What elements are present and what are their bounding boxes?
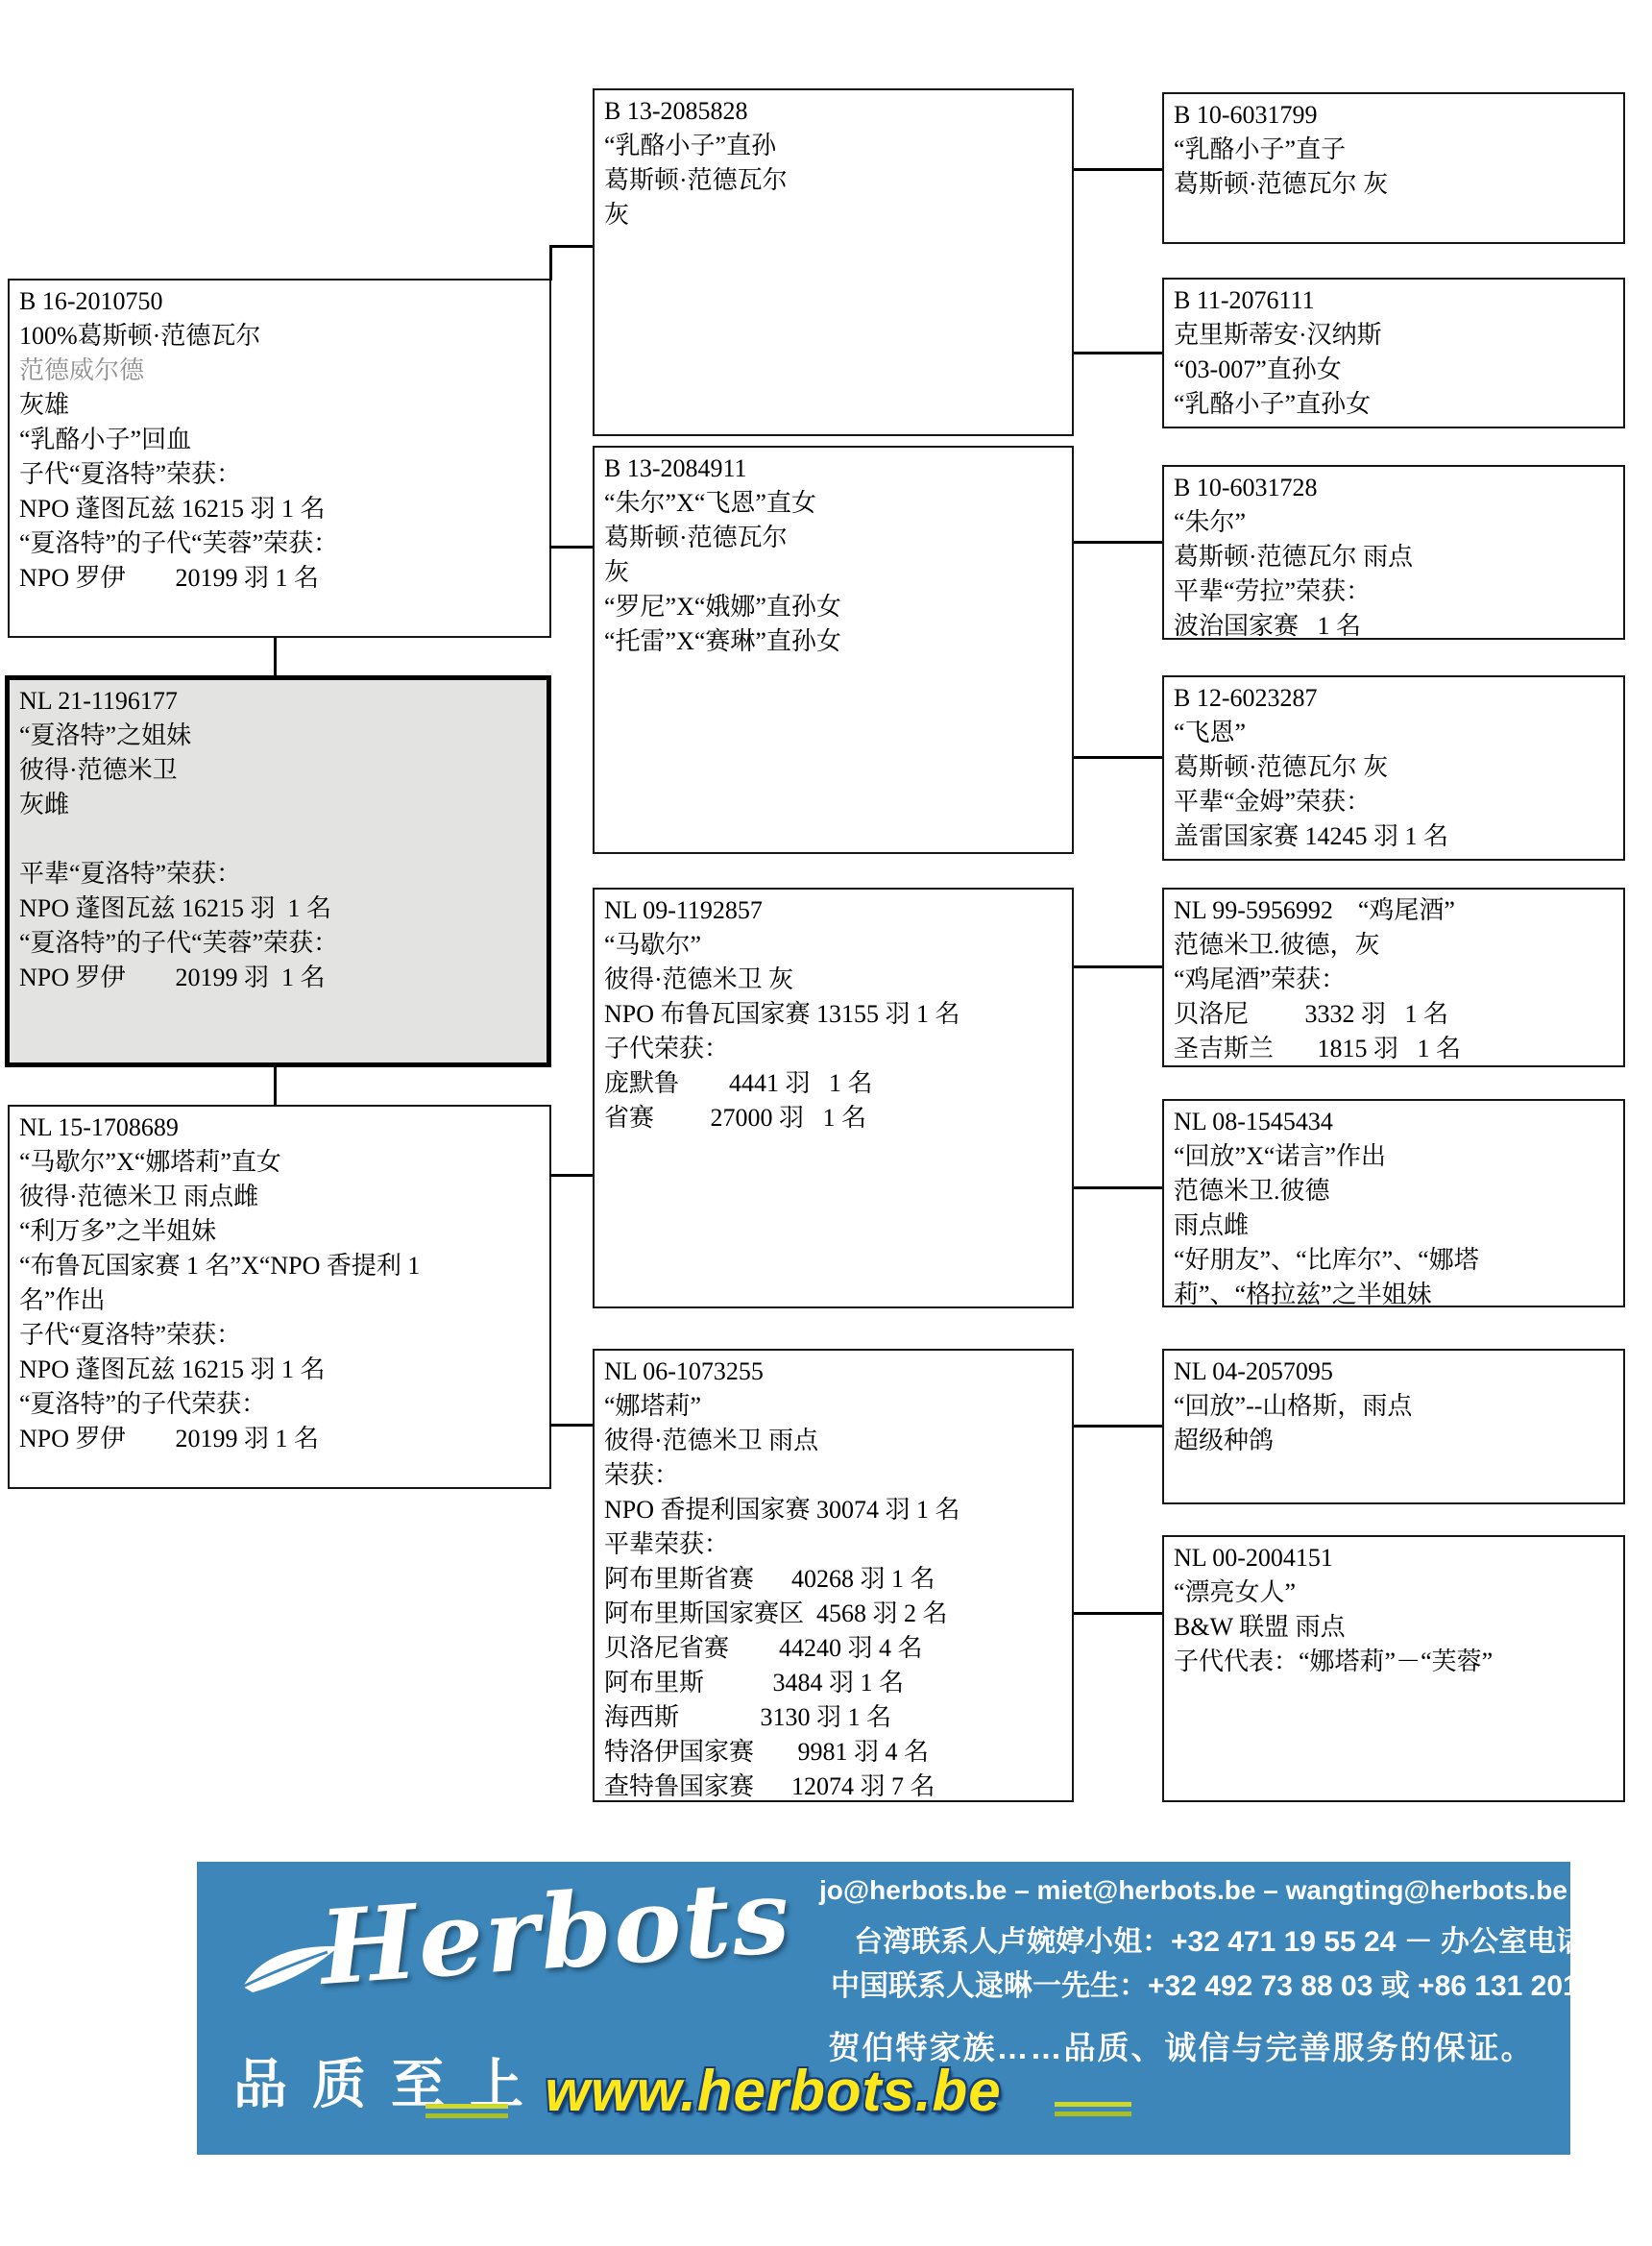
pedigree-line: “布鲁瓦国家赛 1 名”X“NPO 香提利 1 xyxy=(19,1249,544,1283)
pedigree-line: NPO 香提利国家赛 30074 羽 1 名 xyxy=(604,1493,1066,1527)
pedigree-line: 莉”、“格拉兹”之半姐妹 xyxy=(1174,1278,1617,1307)
pedigree-line: 子代荣获： xyxy=(604,1032,1066,1066)
pedigree-line: 子代代表：“娜塔莉”－“芙蓉” xyxy=(1174,1645,1617,1679)
pedigree-line: 省赛 27000 羽 1 名 xyxy=(604,1101,1066,1135)
pedigree-line: 圣吉斯兰 1815 羽 1 名 xyxy=(1174,1032,1617,1066)
pedigree-line: 子代“夏洛特”荣获： xyxy=(19,457,544,492)
connector-line xyxy=(1074,756,1162,759)
pedigree-line: “托雷”X“赛琳”直孙女 xyxy=(604,624,1066,659)
pedigree-box-sire-dam: B 13-2084911“朱尔”X“飞恩”直女葛斯顿·范德瓦尔灰“罗尼”X“娥娜… xyxy=(593,446,1074,854)
pedigree-line: “漂亮女人” xyxy=(1174,1575,1617,1610)
pedigree-line: B 11-2076111 xyxy=(1174,283,1617,318)
pedigree-page: B 16-2010750100%葛斯顿·范德瓦尔范德威尔德灰雄“乳酪小子”回血子… xyxy=(0,0,1652,2246)
pedigree-line: 100%葛斯顿·范德瓦尔 xyxy=(19,319,544,354)
pedigree-line: “好朋友”、“比库尔”、“娜塔 xyxy=(1174,1243,1617,1278)
pedigree-box-g3-3: B 10-6031728“朱尔”葛斯顿·范德瓦尔 雨点平辈“劳拉”荣获：波治国家… xyxy=(1162,465,1625,640)
pedigree-line: “娜塔莉” xyxy=(604,1389,1066,1424)
connector-line xyxy=(549,1424,593,1427)
connector-line xyxy=(1074,168,1162,171)
connector-line xyxy=(549,1174,593,1177)
banner-url: www.herbots.be xyxy=(533,2058,1013,2124)
banner-contact-china: 中国联系人逯晽一先生：+32 492 73 88 03 或 +86 131 20… xyxy=(831,1962,1522,2004)
pedigree-line: “乳酪小子”直孙 xyxy=(604,129,1066,163)
pedigree-line: “夏洛特”之姐妹 xyxy=(19,719,541,753)
pedigree-line: 阿布里斯 3484 羽 1 名 xyxy=(604,1666,1066,1700)
pedigree-line: B 13-2084911 xyxy=(604,452,1066,486)
pedigree-line: 平辈荣获： xyxy=(604,1527,1066,1562)
pedigree-line: 贝洛尼 3332 羽 1 名 xyxy=(1174,997,1617,1032)
connector-line xyxy=(549,546,593,549)
banner-contact-taiwan: 台湾联系人卢婉婷小姐：+32 471 19 55 24 － 办公室电话：+32 … xyxy=(854,1917,1565,1960)
pedigree-line: 庞默鲁 4441 羽 1 名 xyxy=(604,1066,1066,1101)
pedigree-line: 灰雄 xyxy=(19,388,544,423)
pedigree-line: 贝洛尼省赛 44240 羽 4 名 xyxy=(604,1631,1066,1666)
pedigree-line: 葛斯顿·范德瓦尔 xyxy=(604,521,1066,555)
pedigree-line: “回放”X“诺言”作出 xyxy=(1174,1139,1617,1174)
pedigree-line: NL 08-1545434 xyxy=(1174,1105,1617,1139)
pedigree-line: “夏洛特”的子代“芙蓉”荣获： xyxy=(19,926,541,961)
pedigree-line: 平辈“夏洛特”荣获： xyxy=(19,857,541,891)
pedigree-line: “夏洛特”的子代“芙蓉”荣获： xyxy=(19,526,544,561)
pedigree-box-g3-8: NL 00-2004151“漂亮女人”B&W 联盟 雨点子代代表：“娜塔莉”－“… xyxy=(1162,1535,1625,1802)
pedigree-line: NPO 蓬图瓦兹 16215 羽 1 名 xyxy=(19,891,541,926)
pedigree-line: 名”作出 xyxy=(19,1283,544,1318)
pedigree-line: NL 99-5956992 “鸡尾酒” xyxy=(1174,893,1617,928)
pedigree-line: 荣获： xyxy=(604,1458,1066,1493)
pedigree-line: 平辈“金姆”荣获： xyxy=(1174,785,1617,819)
pedigree-line: “乳酪小子”直孙女 xyxy=(1174,387,1617,422)
pedigree-line: 平辈“劳拉”荣获： xyxy=(1174,574,1617,609)
decorative-line-left xyxy=(425,2104,508,2118)
pedigree-line: 彼得·范德米卫 雨点 xyxy=(604,1424,1066,1458)
pedigree-line: “夏洛特”的子代荣获： xyxy=(19,1387,544,1422)
pedigree-line: 特洛伊国家赛 9981 羽 4 名 xyxy=(604,1735,1066,1770)
pedigree-line: 葛斯顿·范德瓦尔 雨点 xyxy=(1174,540,1617,574)
pedigree-line: 波治国家赛 1 名 xyxy=(1174,609,1617,640)
pedigree-line: 阿布里斯国家赛区 4568 羽 2 名 xyxy=(604,1597,1066,1631)
pedigree-line: 查特鲁国家赛 12074 羽 7 名 xyxy=(604,1770,1066,1802)
connector-line xyxy=(1074,1425,1162,1428)
pedigree-line: 灰 xyxy=(604,198,1066,232)
pedigree-box-g3-1: B 10-6031799“乳酪小子”直子葛斯顿·范德瓦尔 灰 xyxy=(1162,92,1625,244)
pedigree-box-sire: B 16-2010750100%葛斯顿·范德瓦尔范德威尔德灰雄“乳酪小子”回血子… xyxy=(8,279,551,638)
connector-line xyxy=(1074,1186,1162,1189)
connector-line xyxy=(549,245,593,248)
connector-line xyxy=(274,1067,277,1105)
pedigree-box-g3-7: NL 04-2057095“回放”--山格斯，雨点超级种鸽 xyxy=(1162,1349,1625,1504)
pedigree-line: 范德米卫.彼德 xyxy=(1174,1174,1617,1208)
pedigree-line: “乳酪小子”回血 xyxy=(19,423,544,457)
pedigree-box-dam: NL 15-1708689“马歇尔”X“娜塔莉”直女彼得·范德米卫 雨点雌“利万… xyxy=(8,1105,551,1489)
pedigree-line: 葛斯顿·范德瓦尔 xyxy=(604,163,1066,198)
connector-line xyxy=(1074,965,1162,968)
pedigree-line: NL 09-1192857 xyxy=(604,893,1066,928)
pedigree-line: NL 00-2004151 xyxy=(1174,1541,1617,1575)
pedigree-line: B&W 联盟 雨点 xyxy=(1174,1610,1617,1645)
pedigree-box-g3-2: B 11-2076111克里斯蒂安·汉纳斯“03-007”直孙女“乳酪小子”直孙… xyxy=(1162,278,1625,428)
pedigree-line: 灰雌 xyxy=(19,788,541,822)
pedigree-line: “03-007”直孙女 xyxy=(1174,353,1617,387)
pedigree-line: 范德米卫.彼德，灰 xyxy=(1174,928,1617,963)
pedigree-line: 阿布里斯省赛 40268 羽 1 名 xyxy=(604,1562,1066,1597)
pedigree-line: 克里斯蒂安·汉纳斯 xyxy=(1174,318,1617,353)
connector-line xyxy=(549,245,552,281)
pedigree-line: 海西斯 3130 羽 1 名 xyxy=(604,1700,1066,1735)
pedigree-line: “回放”--山格斯，雨点 xyxy=(1174,1389,1617,1424)
pedigree-line: NPO 蓬图瓦兹 16215 羽 1 名 xyxy=(19,492,544,526)
pedigree-line: NL 04-2057095 xyxy=(1174,1355,1617,1389)
pedigree-line: B 13-2085828 xyxy=(604,94,1066,129)
connector-line xyxy=(1074,1612,1162,1615)
pedigree-line: “朱尔”X“飞恩”直女 xyxy=(604,486,1066,521)
pedigree-line: 子代“夏洛特”荣获： xyxy=(19,1318,544,1353)
pedigree-line: NL 06-1073255 xyxy=(604,1355,1066,1389)
connector-line xyxy=(1074,352,1162,354)
pedigree-box-g3-5: NL 99-5956992 “鸡尾酒”范德米卫.彼德，灰“鸡尾酒”荣获：贝洛尼 … xyxy=(1162,888,1625,1067)
pedigree-line: “乳酪小子”直子 xyxy=(1174,133,1617,167)
banner-emails: jo@herbots.be – miet@herbots.be – wangti… xyxy=(819,1875,1568,1906)
pedigree-line: B 16-2010750 xyxy=(19,284,544,319)
pedigree-line: 雨点雌 xyxy=(1174,1208,1617,1243)
pedigree-line: NPO 布鲁瓦国家赛 13155 羽 1 名 xyxy=(604,997,1066,1032)
pedigree-line: “飞恩” xyxy=(1174,716,1617,750)
pedigree-line: B 10-6031799 xyxy=(1174,98,1617,133)
pedigree-box-subject: NL 21-1196177“夏洛特”之姐妹彼得·范德米卫灰雌 平辈“夏洛特”荣获… xyxy=(5,675,551,1067)
pedigree-line: 葛斯顿·范德瓦尔 灰 xyxy=(1174,167,1617,202)
decorative-line-right xyxy=(1055,2102,1131,2116)
connector-line xyxy=(1074,541,1162,544)
pedigree-line: 灰 xyxy=(604,555,1066,590)
pedigree-line: NPO 罗伊 20199 羽 1 名 xyxy=(19,561,544,596)
pedigree-line: NPO 罗伊 20199 羽 1 名 xyxy=(19,961,541,995)
pedigree-box-dam-sire: NL 09-1192857“马歇尔”彼得·范德米卫 灰NPO 布鲁瓦国家赛 13… xyxy=(593,888,1074,1308)
pedigree-line: NPO 罗伊 20199 羽 1 名 xyxy=(19,1422,544,1456)
pedigree-line: “罗尼”X“娥娜”直孙女 xyxy=(604,590,1066,624)
pedigree-line: “马歇尔”X“娜塔莉”直女 xyxy=(19,1145,544,1180)
herbots-banner: Herbots 品质至上 jo@herbots.be – miet@herbot… xyxy=(197,1862,1570,2155)
pedigree-line: NPO 蓬图瓦兹 16215 羽 1 名 xyxy=(19,1353,544,1387)
connector-line xyxy=(274,638,277,675)
pedigree-line: NL 15-1708689 xyxy=(19,1111,544,1145)
pedigree-box-g3-4: B 12-6023287“飞恩”葛斯顿·范德瓦尔 灰平辈“金姆”荣获：盖雷国家赛… xyxy=(1162,675,1625,861)
pedigree-line: “鸡尾酒”荣获： xyxy=(1174,963,1617,997)
pedigree-line: “利万多”之半姐妹 xyxy=(19,1214,544,1249)
pedigree-line: B 10-6031728 xyxy=(1174,471,1617,505)
pedigree-line: “朱尔” xyxy=(1174,505,1617,540)
pedigree-line: 葛斯顿·范德瓦尔 灰 xyxy=(1174,750,1617,785)
pedigree-line: 彼得·范德米卫 灰 xyxy=(604,963,1066,997)
pedigree-line: 范德威尔德 xyxy=(19,354,544,388)
pedigree-line: 彼得·范德米卫 雨点雌 xyxy=(19,1180,544,1214)
pedigree-box-dam-dam: NL 06-1073255“娜塔莉”彼得·范德米卫 雨点荣获：NPO 香提利国家… xyxy=(593,1349,1074,1802)
pedigree-line: 彼得·范德米卫 xyxy=(19,753,541,788)
pedigree-line xyxy=(19,822,541,857)
pedigree-line: 超级种鸽 xyxy=(1174,1424,1617,1458)
pedigree-box-g3-6: NL 08-1545434“回放”X“诺言”作出范德米卫.彼德雨点雌“好朋友”、… xyxy=(1162,1099,1625,1307)
pedigree-line: NL 21-1196177 xyxy=(19,684,541,719)
pedigree-line: 盖雷国家赛 14245 羽 1 名 xyxy=(1174,819,1617,854)
pedigree-line: B 12-6023287 xyxy=(1174,681,1617,716)
herbots-logo: Herbots xyxy=(316,1862,794,2008)
pedigree-line: “马歇尔” xyxy=(604,928,1066,963)
pedigree-box-sire-sire: B 13-2085828“乳酪小子”直孙葛斯顿·范德瓦尔灰 xyxy=(593,88,1074,436)
